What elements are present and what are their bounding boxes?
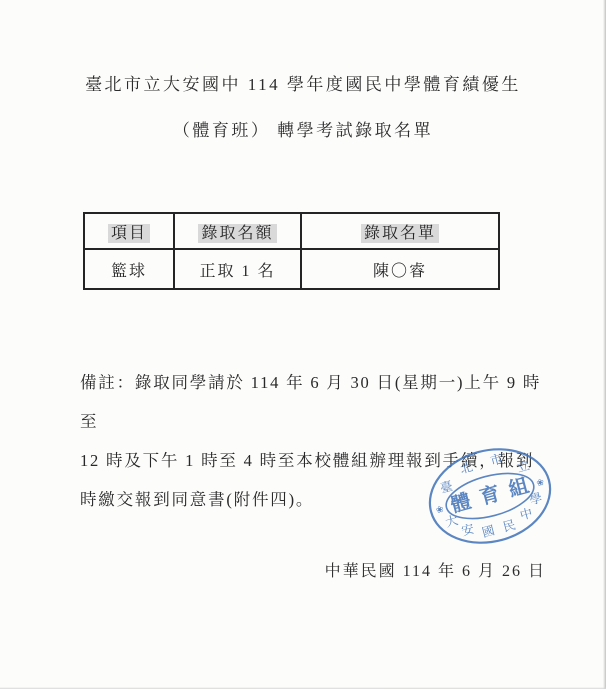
header-item-label: 項目	[108, 224, 150, 243]
admission-table: 項目 錄取名額 錄取名單 籃球 正取 1 名 陳〇睿	[83, 212, 500, 290]
header-cell-list: 錄取名單	[301, 213, 499, 249]
admission-table-header-row: 項目 錄取名額 錄取名單	[84, 213, 499, 249]
header-quota-label: 錄取名額	[198, 224, 276, 243]
cell-admitted-name: 陳〇睿	[301, 249, 499, 289]
stamp-ring-char: 中	[518, 505, 534, 523]
cell-quota: 正取 1 名	[174, 249, 301, 289]
header-list-label: 錄取名單	[361, 224, 439, 243]
stamp-ring-char: 北	[459, 460, 475, 477]
stamp-ring-char: 立	[516, 458, 532, 475]
stamp-rosette-icon: ❀	[435, 504, 445, 516]
school-pe-section-stamp: 臺 北 市 立 大 安 國 民 中 學 ❀ ❀ 體育組	[398, 419, 582, 573]
stamp-ring-char: 安	[460, 521, 476, 539]
cell-sport: 籃球	[84, 249, 174, 289]
stamp-ring-char: 市	[489, 452, 505, 469]
document-date: 中華民國 114 年 6 月 26 日	[0, 558, 546, 581]
stamp-ring-char: 國	[481, 523, 497, 540]
document-title-line-1: 臺北市立大安國中 114 學年度國民中學體育績優生	[0, 70, 606, 95]
admission-table-data-row: 籃球 正取 1 名 陳〇睿	[84, 249, 499, 289]
header-cell-quota: 錄取名額	[174, 213, 301, 249]
header-cell-item: 項目	[84, 213, 174, 249]
scanned-document-page: 臺北市立大安國中 114 學年度國民中學體育績優生 （體育班） 轉學考試錄取名單…	[0, 0, 606, 689]
stamp-ring-char: 民	[501, 518, 517, 535]
document-title-line-2: （體育班） 轉學考試錄取名單	[0, 116, 606, 141]
